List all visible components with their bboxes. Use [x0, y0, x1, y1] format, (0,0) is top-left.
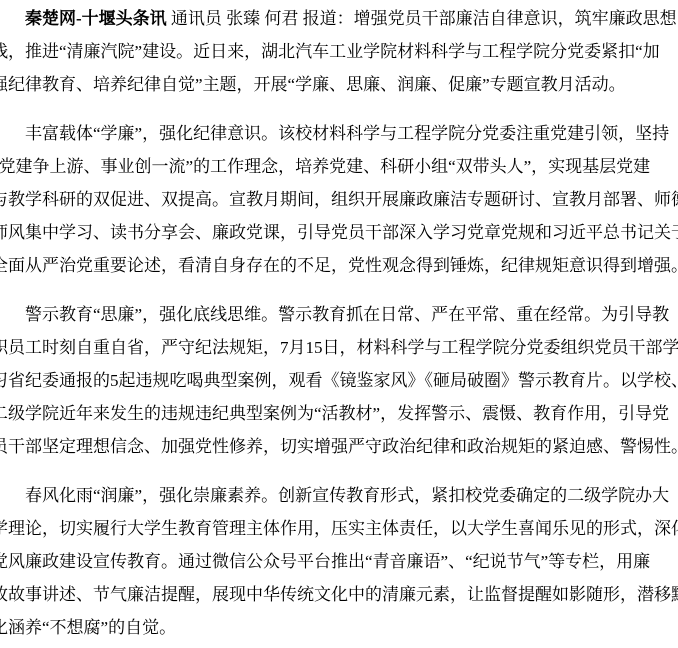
- paragraph-intro: 秦楚网-十堰头条讯 通讯员 张臻 何君 报道：增强党员干部廉洁自律意识，筑牢廉政…: [0, 2, 678, 101]
- text-line: “党建争上游、事业创一流”的工作理念，培养党建、科研小组“双带头人”，实现基层党…: [0, 150, 678, 183]
- text-line: 党风廉政建设宣传教育。通过微信公众号平台推出“青音廉语”、“纪说节气”等专栏，用…: [0, 545, 678, 578]
- text-line: 职员工时刻自重自省，严守纪法规矩，7月15日，材料科学与工程学院分党委组织党员干…: [0, 331, 678, 364]
- text-line: 员干部坚定理想信念、加强党性修养，切实增强严守政治纪律和政治规矩的紧迫感、警惕性…: [0, 430, 678, 463]
- text-line: 秦楚网-十堰头条讯 通讯员 张臻 何君 报道：增强党员干部廉洁自律意识，筑牢廉政…: [0, 2, 678, 35]
- text-line: 强纪律教育、培养纪律自觉”主题，开展“学廉、思廉、润廉、促廉”专题宣教月活动。: [0, 68, 678, 101]
- article-body: 秦楚网-十堰头条讯 通讯员 张臻 何君 报道：增强党员干部廉洁自律意识，筑牢廉政…: [0, 2, 678, 644]
- text-line: 与教学科研的双促进、双提高。宣教月期间，组织开展廉政廉洁专题研讨、宣教月部署、师…: [0, 183, 678, 216]
- text-line: 师风集中学习、读书分享会、廉政党课，引导党员干部深入学习党章党规和习近平总书记关…: [0, 216, 678, 249]
- text-line: 习省纪委通报的5起违规吃喝典型案例，观看《镜鉴家风》《砸局破圈》警示教育片。以学…: [0, 364, 678, 397]
- text-line: 全面从严治党重要论述，看清自身存在的不足，党性观念得到锤炼，纪律规矩意识得到增强…: [0, 249, 678, 282]
- paragraph-runlian: 春风化雨“润廉”，强化崇廉素养。创新宣传教育形式，紧扣校党委确定的二级学院办大 …: [0, 479, 678, 644]
- text-line: 政故事讲述、节气廉洁提醒，展现中华传统文化中的清廉元素，让监督提醒如影随形，潜移…: [0, 578, 678, 611]
- text-line: 二级学院近年来发生的违规违纪典型案例为“活教材”，发挥警示、震慑、教育作用，引导…: [0, 397, 678, 430]
- document-viewport: 秦楚网-十堰头条讯 通讯员 张臻 何君 报道：增强党员干部廉洁自律意识，筑牢廉政…: [0, 0, 678, 648]
- text-line: 化涵养“不想腐”的自觉。: [0, 611, 678, 644]
- text-line: 警示教育“思廉”，强化底线思维。警示教育抓在日常、严在平常、重在经常。为引导教: [0, 298, 678, 331]
- paragraph-silian: 警示教育“思廉”，强化底线思维。警示教育抓在日常、严在平常、重在经常。为引导教 …: [0, 298, 678, 463]
- text-line: 学理论，切实履行大学生教育管理主体作用，压实主体责任，以大学生喜闻乐见的形式，深…: [0, 512, 678, 545]
- text-line: 线，推进“清廉汽院”建设。近日来，湖北汽车工业学院材料科学与工程学院分党委紧扣“…: [0, 35, 678, 68]
- text-line: 春风化雨“润廉”，强化崇廉素养。创新宣传教育形式，紧扣校党委确定的二级学院办大: [0, 479, 678, 512]
- paragraph-xuelian: 丰富载体“学廉”，强化纪律意识。该校材料科学与工程学院分党委注重党建引领，坚持 …: [0, 117, 678, 282]
- text-line: 丰富载体“学廉”，强化纪律意识。该校材料科学与工程学院分党委注重党建引领，坚持: [0, 117, 678, 150]
- byline-text: 通讯员 张臻 何君 报道：增强党员干部廉洁自律意识，筑牢廉政思想防: [167, 9, 678, 28]
- source-label: 秦楚网-十堰头条讯: [25, 9, 167, 28]
